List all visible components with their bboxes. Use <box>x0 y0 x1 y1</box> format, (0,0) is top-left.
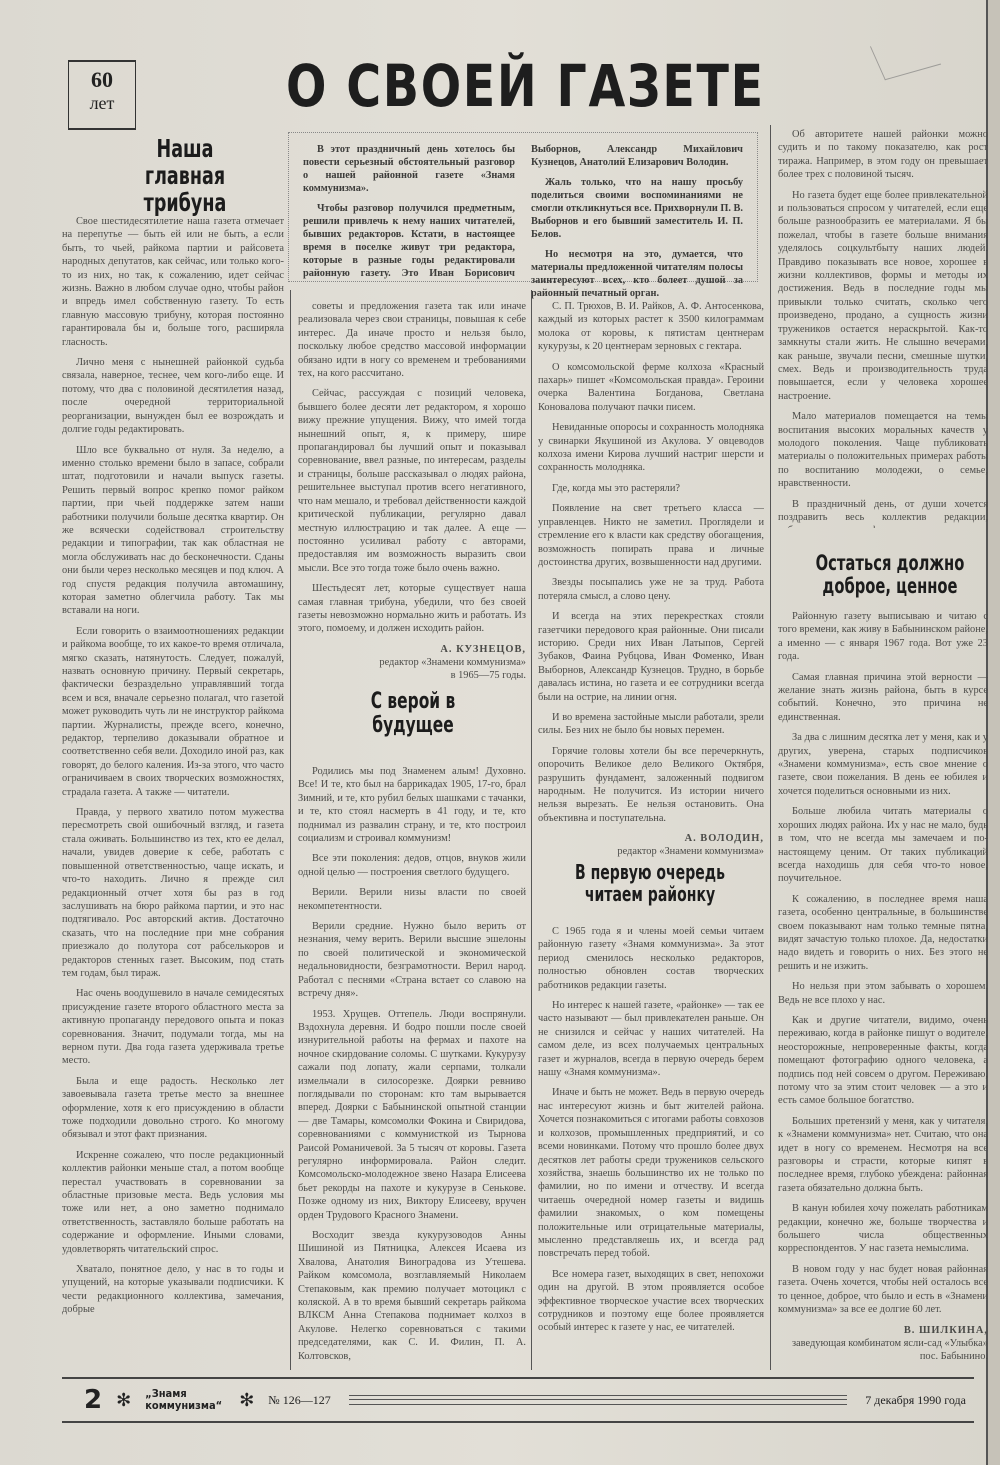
signature-role: редактор «Знамени коммунизма» <box>298 656 526 669</box>
page-footer: 2 ✻ „Знамякоммунизма“ ✻ № 126—127 7 дека… <box>62 1377 974 1423</box>
article-headline: В первую очередь читаем районку <box>572 862 728 905</box>
article-column: Родились мы под Знаменем алым! Духовно. … <box>298 765 526 1370</box>
signature-years: пос. Бабынино. <box>778 1350 988 1363</box>
article-column: Районную газету выписываю и читаю с того… <box>778 610 988 1370</box>
signature-role: редактор «Знамени коммунизма» <box>538 845 764 858</box>
article-column: советы и предложения газета так или инач… <box>298 300 526 680</box>
paragraph: 1953. Хрущев. Оттепель. Люди воспрянули.… <box>298 1008 526 1223</box>
paragraph: Больше любила читать материалы о хороших… <box>778 805 988 885</box>
paragraph: В новом году у нас будет новая районная … <box>778 1263 988 1317</box>
column-divider <box>531 290 532 1370</box>
paragraph: Появление на свет третьего класса — упра… <box>538 502 764 569</box>
article-column: Об авторитете нашей районки можно судить… <box>778 128 988 528</box>
paragraph: Мало материалов помещается на темы воспи… <box>778 410 988 490</box>
decorative-rules <box>349 1395 848 1405</box>
paragraph: советы и предложения газета так или инач… <box>298 300 526 380</box>
paragraph: В канун юбилея хочу пожелать работникам … <box>778 1202 988 1256</box>
column-divider <box>290 290 291 1370</box>
paragraph: Жаль только, что на нашу просьбу поделит… <box>531 176 743 241</box>
paragraph: Иначе и быть не может. Ведь в первую оче… <box>538 1086 764 1260</box>
paragraph: Лично меня с нынешней районкой судьба св… <box>62 356 284 436</box>
paragraph: Но несмотря на это, думается, что матери… <box>531 248 743 300</box>
signature-years: в 1965—75 годы. <box>298 669 526 680</box>
paragraph: С 1965 года я и члены моей семьи читаем … <box>538 925 764 992</box>
paragraph: Свое шестидесятилетие наша газета отмеча… <box>62 215 284 349</box>
signature-role: заведующая комбинатом ясли-сад «Улыбка» <box>778 1337 988 1350</box>
paragraph: В праздничный день, от души хочется позд… <box>778 498 988 528</box>
article-headline: С верой в будущее <box>339 690 487 738</box>
paragraph: Была и еще радость. Несколько лет завоев… <box>62 1075 284 1142</box>
paragraph: Хватало, понятное дело, у нас в то годы … <box>62 1263 284 1317</box>
paragraph: Искренне сожалею, что после редакционный… <box>62 1149 284 1256</box>
intro-text: В этот праздничный день хотелось бы пове… <box>303 143 743 300</box>
paragraph: Невиданные опоросы и сохранность молодня… <box>538 421 764 475</box>
paragraph: Но нельзя при этом забывать о хорошем. В… <box>778 980 988 1007</box>
anniversary-box: 60 лет <box>68 60 136 130</box>
paragraph: Восходит звезда кукурузоводов Анны Шишин… <box>298 1229 526 1363</box>
paragraph: Районную газету выписываю и читаю с того… <box>778 610 988 664</box>
issue-number: № 126—127 <box>268 1393 330 1408</box>
paragraph: Верили. Верили низы власти по своей неко… <box>298 886 526 913</box>
issue-date: 7 декабря 1990 года <box>865 1393 966 1408</box>
article-headline: Остаться должно доброе, ценное <box>812 552 968 597</box>
signature: В. ШИЛКИНА,заведующая комбинатом ясли-са… <box>778 1324 988 1363</box>
newspaper-name: „Знамякоммунизма“ <box>145 1388 225 1412</box>
paragraph: Родились мы под Знаменем алым! Духовно. … <box>298 765 526 845</box>
paragraph: Об авторитете нашей районки можно судить… <box>778 128 988 182</box>
paragraph: В этот праздничный день хотелось бы пове… <box>303 143 515 195</box>
paragraph: Если говорить о взаимоотношениях редакци… <box>62 625 284 799</box>
paragraph: Больших претензий у меня, как у читателя… <box>778 1115 988 1195</box>
column-divider <box>770 125 771 1370</box>
paragraph: Самая главная причина этой верности — же… <box>778 671 988 725</box>
article-column: Свое шестидесятилетие наша газета отмеча… <box>62 215 284 1370</box>
paragraph: Сейчас, рассуждая с позиций человека, бы… <box>298 387 526 575</box>
paragraph: К сожалению, в последнее время наша газе… <box>778 893 988 973</box>
asterisk-icon: ✻ <box>116 1390 131 1411</box>
signature: А. КУЗНЕЦОВ,редактор «Знамени коммунизма… <box>298 643 526 680</box>
page-number: 2 <box>84 1385 102 1415</box>
paragraph: Нас очень воодушевило в начале семидесят… <box>62 987 284 1067</box>
next-page-edge <box>986 0 1000 1465</box>
signature: А. ВОЛОДИН,редактор «Знамени коммунизма»… <box>538 832 764 860</box>
paragraph: О комсомольской ферме колхоза «Красный п… <box>538 361 764 415</box>
intro-box: В этот праздничный день хотелось бы пове… <box>288 132 758 282</box>
paragraph: За два с лишним десятка лет у меня, как … <box>778 731 988 798</box>
signature-name: А. ВОЛОДИН, <box>538 832 764 845</box>
article-headline: Наша главная трибуна <box>127 135 244 216</box>
article-column: С 1965 года я и члены моей семьи читаем … <box>538 925 764 1370</box>
article-column: С. П. Трюхов, В. И. Райков, А. Ф. Антосе… <box>538 300 764 860</box>
paragraph: Звезды посыпались уже не за труд. Работа… <box>538 576 764 603</box>
paragraph: Где, когда мы это растеряли? <box>538 482 764 495</box>
signature-name: В. ШИЛКИНА, <box>778 1324 988 1337</box>
paragraph: Горячие головы хотели бы все перечеркнут… <box>538 745 764 825</box>
paragraph: Но интерес к нашей газете, «районке» — т… <box>538 999 764 1079</box>
signature-name: А. КУЗНЕЦОВ, <box>298 643 526 656</box>
page-title: О СВОЕЙ ГАЗЕТЕ <box>286 52 765 120</box>
paragraph: И всегда на этих перекрестках стояли газ… <box>538 610 764 704</box>
paragraph: Все номера газет, выходящих в свет, непо… <box>538 1268 764 1335</box>
paragraph: С. П. Трюхов, В. И. Райков, А. Ф. Антосе… <box>538 300 764 354</box>
paragraph: Как и другие читатели, видимо, очень пер… <box>778 1014 988 1108</box>
paragraph: Правда, у первого хватило потом мужества… <box>62 806 284 980</box>
paragraph: Шестьдесят лет, которые существует наша … <box>298 582 526 636</box>
paragraph: Верили средние. Нужно было верить от нез… <box>298 920 526 1000</box>
asterisk-icon: ✻ <box>239 1390 254 1411</box>
paragraph: Но газета будет еще более привлекательно… <box>778 189 988 404</box>
anniversary-label: лет <box>69 92 135 114</box>
paragraph: Все эти поколения: дедов, отцов, внуков … <box>298 852 526 879</box>
paragraph: Шло все буквально от нуля. За неделю, а … <box>62 444 284 618</box>
anniversary-number: 60 <box>69 68 135 92</box>
paragraph: И во времена застойные мысли работали, з… <box>538 711 764 738</box>
